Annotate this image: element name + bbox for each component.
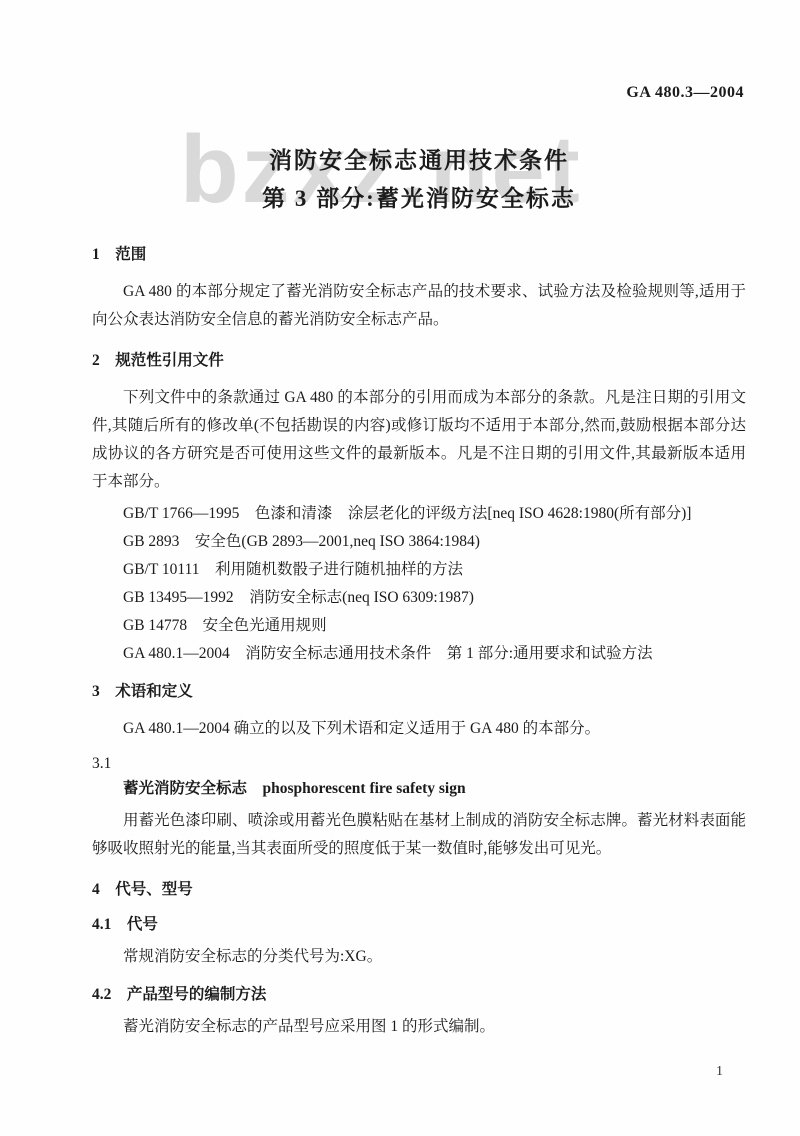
reference-item: GA 480.1—2004 消防安全标志通用技术条件 第 1 部分:通用要求和试… [92, 642, 746, 665]
reference-item: GB 14778 安全色光通用规则 [92, 614, 746, 637]
page-number: 1 [716, 1064, 723, 1080]
reference-item: GB/T 1766—1995 色漆和清漆 涂层老化的评级方法[neq ISO 4… [92, 502, 746, 525]
reference-item: GB 2893 安全色(GB 2893—2001,neq ISO 3864:19… [92, 530, 746, 553]
doc-title: 消防安全标志通用技术条件 第 3 部分:蓄光消防安全标志 [92, 142, 746, 218]
section-2-paragraph: 下列文件中的条款通过 GA 480 的本部分的引用而成为本部分的条款。凡是注日期… [92, 384, 746, 496]
section-3-heading: 3 术语和定义 [92, 681, 746, 703]
doc-title-line1: 消防安全标志通用技术条件 [92, 142, 746, 180]
section-1-paragraph: GA 480 的本部分规定了蓄光消防安全标志产品的技术要求、试验方法及检验规则等… [92, 278, 746, 334]
term-title: 蓄光消防安全标志 phosphorescent fire safety sign [92, 777, 746, 801]
section-2-heading: 2 规范性引用文件 [92, 350, 746, 372]
section-4-2-heading: 4.2 产品型号的编制方法 [92, 984, 746, 1006]
term-definition: 用蓄光色漆印刷、喷涂或用蓄光色膜粘贴在基材上制成的消防安全标志牌。蓄光材料表面能… [92, 807, 746, 863]
doc-title-line2: 第 3 部分:蓄光消防安全标志 [92, 180, 746, 218]
reference-item: GB/T 10111 利用随机数骰子进行随机抽样的方法 [92, 558, 746, 581]
section-4-1-paragraph: 常规消防安全标志的分类代号为:XG。 [92, 943, 746, 971]
section-4-heading: 4 代号、型号 [92, 879, 746, 901]
section-4-1-heading: 4.1 代号 [92, 914, 746, 936]
reference-item: GB 13495—1992 消防安全标志(neq ISO 6309:1987) [92, 586, 746, 609]
clause-3-1-number: 3.1 [92, 753, 746, 775]
section-4-2-paragraph: 蓄光消防安全标志的产品型号应采用图 1 的形式编制。 [92, 1013, 746, 1041]
document-page: bzxz.net GA 480.3—2004 消防安全标志通用技术条件 第 3 … [0, 0, 800, 1136]
document-body: 1 范围 GA 480 的本部分规定了蓄光消防安全标志产品的技术要求、试验方法及… [92, 238, 746, 1047]
section-1-heading: 1 范围 [92, 244, 746, 266]
doc-number: GA 480.3—2004 [626, 84, 744, 102]
section-3-intro: GA 480.1—2004 确立的以及下列术语和定义适用于 GA 480 的本部… [92, 715, 746, 743]
